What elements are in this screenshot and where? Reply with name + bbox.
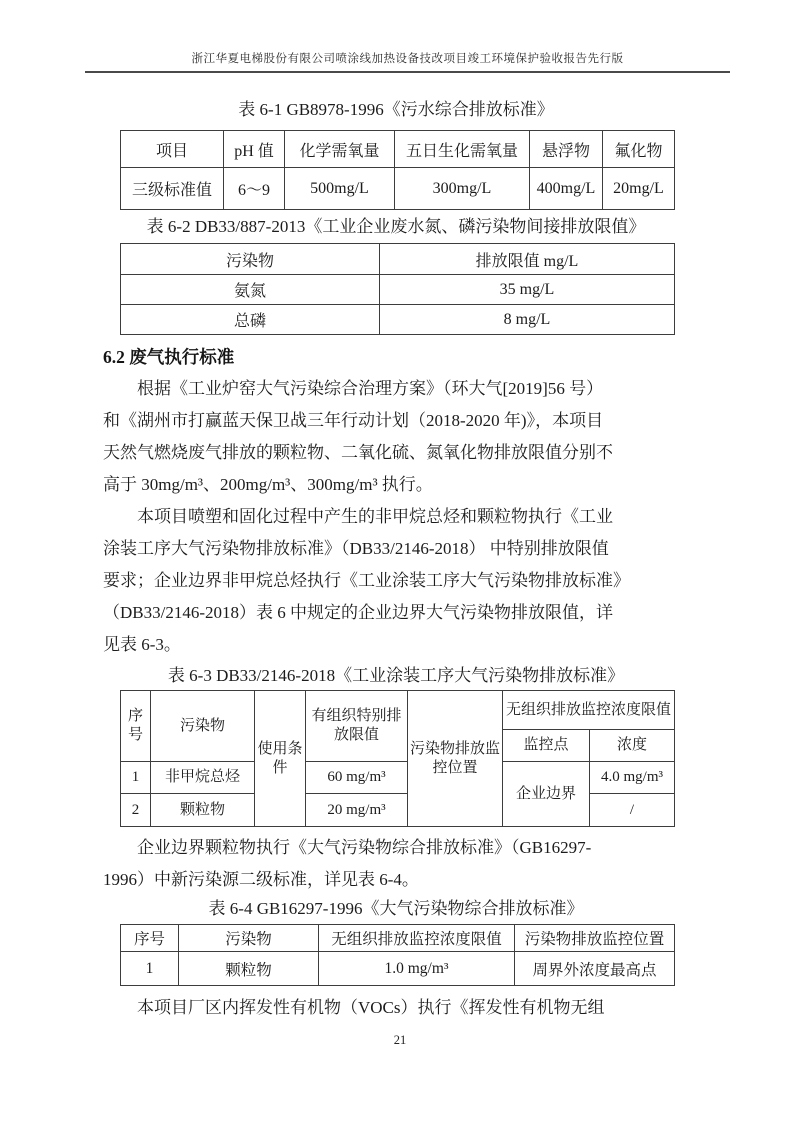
table-cell: 4.0 mg/m³ xyxy=(590,762,675,794)
paragraph-1: 根据《工业炉窑大气污染综合治理方案》（环大气[2019]56 号） 和《湖州市打… xyxy=(103,373,689,501)
page-number: 21 xyxy=(0,1033,800,1048)
table-cell: 企业边界 xyxy=(503,762,590,827)
header-cell: 五日生化需氧量 xyxy=(395,131,530,168)
table-cell: 总磷 xyxy=(121,305,380,335)
table-6-4-header-row: 序号 污染物 无组织排放监控浓度限值 污染物排放监控位置 xyxy=(121,925,675,952)
header-cell: 污染物 xyxy=(151,691,255,762)
table-6-2-title: 表 6-2 DB33/887-2013《工业企业废水氮、磷污染物间接排放限值》 xyxy=(103,215,689,239)
table-6-4-data-row: 1 颗粒物 1.0 mg/m³ 周界外浓度最高点 xyxy=(121,952,675,986)
header-cell: 污染物 xyxy=(121,244,380,275)
header-cell: 有组织特别排放限值 xyxy=(306,691,408,762)
paragraph-line: 企业边界颗粒物执行《大气污染物综合排放标准》（GB16297- xyxy=(103,832,689,864)
page-content: 表 6-1 GB8978-1996《污水综合排放标准》 项目 pH 值 化学需氧… xyxy=(103,92,689,1024)
table-cell: 颗粒物 xyxy=(151,794,255,827)
paragraph-line: 本项目厂区内挥发性有机物（VOCs）执行《挥发性有机物无组 xyxy=(103,992,689,1024)
header-cell: 污染物排放监控位置 xyxy=(408,691,503,827)
paragraph-line: 1996）中新污染源二级标准，详见表 6-4。 xyxy=(103,864,689,896)
section-6-2-heading: 6.2 废气执行标准 xyxy=(103,346,689,368)
table-cell: 20 mg/m³ xyxy=(306,794,408,827)
table-cell: 非甲烷总烃 xyxy=(151,762,255,794)
paragraph-line: 涂装工序大气污染物排放标准》（DB33/2146-2018） 中特别排放限值 xyxy=(103,533,689,565)
table-cell: / xyxy=(590,794,675,827)
table-cell: 400mg/L xyxy=(530,168,603,210)
table-cell: 周界外浓度最高点 xyxy=(515,952,675,986)
header-cell: 序号 xyxy=(121,691,151,762)
paragraph-4: 本项目厂区内挥发性有机物（VOCs）执行《挥发性有机物无组 xyxy=(103,992,689,1024)
paragraph-line: 见表 6-3。 xyxy=(103,629,689,661)
header-cell: 序号 xyxy=(121,925,179,952)
header-cell: 污染物 xyxy=(179,925,319,952)
table-cell: 氨氮 xyxy=(121,275,380,305)
table-6-1-data-row: 三级标准值 6～9 500mg/L 300mg/L 400mg/L 20mg/L xyxy=(121,168,675,210)
page-header: 浙江华夏电梯股份有限公司喷涂线加热设备技改项目竣工环境保护验收报告先行版 xyxy=(85,50,730,73)
table-cell: 1.0 mg/m³ xyxy=(319,952,515,986)
table-6-3-header-row-1: 序号 污染物 使用条件 有组织特别排放限值 污染物排放监控位置 无组织排放监控浓… xyxy=(121,691,675,730)
table-6-3-data-row: 1 非甲烷总烃 60 mg/m³ 企业边界 4.0 mg/m³ xyxy=(121,762,675,794)
header-cell: 无组织排放监控浓度限值 xyxy=(319,925,515,952)
table-6-4: 序号 污染物 无组织排放监控浓度限值 污染物排放监控位置 1 颗粒物 1.0 m… xyxy=(120,924,675,986)
table-cell: 2 xyxy=(121,794,151,827)
header-cell: 无组织排放监控浓度限值 xyxy=(503,691,675,730)
paragraph-line: （DB33/2146-2018）表 6 中规定的企业边界大气污染物排放限值，详 xyxy=(103,597,689,629)
paragraph-line: 本项目喷塑和固化过程中产生的非甲烷总烃和颗粒物执行《工业 xyxy=(103,501,689,533)
table-cell: 三级标准值 xyxy=(121,168,224,210)
table-6-4-title: 表 6-4 GB16297-1996《大气污染物综合排放标准》 xyxy=(103,897,689,921)
table-cell: 1 xyxy=(121,762,151,794)
table-6-2-header-row: 污染物 排放限值 mg/L xyxy=(121,244,675,275)
header-cell: 污染物排放监控位置 xyxy=(515,925,675,952)
table-cell: 20mg/L xyxy=(603,168,675,210)
table-6-2-data-row: 总磷 8 mg/L xyxy=(121,305,675,335)
table-cell: 颗粒物 xyxy=(179,952,319,986)
table-6-2: 污染物 排放限值 mg/L 氨氮 35 mg/L 总磷 8 mg/L xyxy=(120,243,675,335)
paragraph-3: 企业边界颗粒物执行《大气污染物综合排放标准》（GB16297- 1996）中新污… xyxy=(103,832,689,896)
table-6-3-title: 表 6-3 DB33/2146-2018《工业涂装工序大气污染物排放标准》 xyxy=(103,664,689,688)
header-cell: 使用条件 xyxy=(255,691,306,827)
table-cell: 35 mg/L xyxy=(380,275,675,305)
table-cell: 1 xyxy=(121,952,179,986)
table-6-3-data-row: 2 颗粒物 20 mg/m³ / xyxy=(121,794,675,827)
table-cell: 300mg/L xyxy=(395,168,530,210)
header-cell: 氟化物 xyxy=(603,131,675,168)
table-cell: 8 mg/L xyxy=(380,305,675,335)
table-cell: 500mg/L xyxy=(285,168,395,210)
table-6-1-header-row: 项目 pH 值 化学需氧量 五日生化需氧量 悬浮物 氟化物 xyxy=(121,131,675,168)
paragraph-line: 和《湖州市打赢蓝天保卫战三年行动计划（2018-2020 年)》，本项目 xyxy=(103,405,689,437)
report-title: 浙江华夏电梯股份有限公司喷涂线加热设备技改项目竣工环境保护验收报告先行版 xyxy=(192,53,624,65)
table-6-2-data-row: 氨氮 35 mg/L xyxy=(121,275,675,305)
header-cell: 项目 xyxy=(121,131,224,168)
table-6-1-title: 表 6-1 GB8978-1996《污水综合排放标准》 xyxy=(103,98,689,122)
paragraph-2: 本项目喷塑和固化过程中产生的非甲烷总烃和颗粒物执行《工业 涂装工序大气污染物排放… xyxy=(103,501,689,661)
paragraph-line: 根据《工业炉窑大气污染综合治理方案》（环大气[2019]56 号） xyxy=(103,373,689,405)
table-cell: 6～9 xyxy=(224,168,285,210)
header-cell: 监控点 xyxy=(503,730,590,762)
header-cell: 悬浮物 xyxy=(530,131,603,168)
header-cell: pH 值 xyxy=(224,131,285,168)
table-6-3: 序号 污染物 使用条件 有组织特别排放限值 污染物排放监控位置 无组织排放监控浓… xyxy=(120,690,675,827)
paragraph-line: 要求；企业边界非甲烷总烃执行《工业涂装工序大气污染物排放标准》 xyxy=(103,565,689,597)
paragraph-line: 天然气燃烧废气排放的颗粒物、二氧化硫、氮氧化物排放限值分别不 xyxy=(103,437,689,469)
header-cell: 化学需氧量 xyxy=(285,131,395,168)
paragraph-line: 高于 30mg/m³、200mg/m³、300mg/m³ 执行。 xyxy=(103,469,689,501)
table-6-1: 项目 pH 值 化学需氧量 五日生化需氧量 悬浮物 氟化物 三级标准值 6～9 … xyxy=(120,130,675,210)
table-cell: 60 mg/m³ xyxy=(306,762,408,794)
header-cell: 浓度 xyxy=(590,730,675,762)
header-cell: 排放限值 mg/L xyxy=(380,244,675,275)
